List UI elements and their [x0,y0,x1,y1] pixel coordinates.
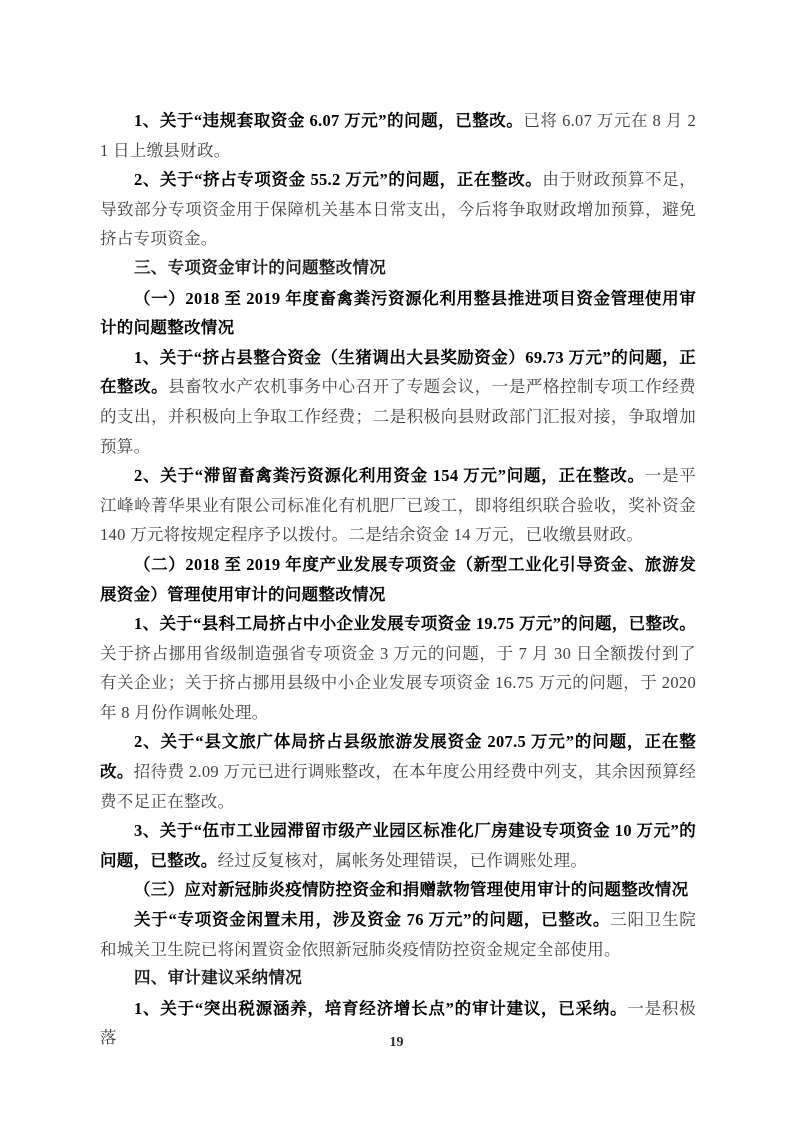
paragraph-text: 2、关于“挤占专项资金 55.2 万元”的问题，正在整改。 [134,170,542,189]
paragraph: 2、关于“县文旅广体局挤占县级旅游发展资金 207.5 万元”的问题，正在整改。… [100,727,696,816]
paragraph: 2、关于“滞留畜禽粪污资源化利用资金 154 万元”问题，正在整改。一是平江峰岭… [100,461,696,550]
paragraph: 2、关于“挤占专项资金 55.2 万元”的问题，正在整改。由于财政预算不足，导致… [100,165,696,254]
paragraph: 1、关于“违规套取资金 6.07 万元”的问题，已整改。已将 6.07 万元在 … [100,106,696,165]
paragraph: 关于“专项资金闲置未用，涉及资金 76 万元”的问题，已整改。三阳卫生院和城关卫… [100,905,696,964]
paragraph-text: 2、关于“滞留畜禽粪污资源化利用资金 154 万元”问题，正在整改。 [134,466,645,485]
page-number: 19 [390,1035,404,1050]
paragraph-text: 1、关于“违规套取资金 6.07 万元”的问题，已整改。 [134,111,523,130]
paragraph-text: （一）2018 至 2019 年度畜禽粪污资源化利用整县推进项目资金管理使用审计… [100,289,696,338]
paragraph: 3、关于“伍市工业园滞留市级产业园区标准化厂房建设专项资金 10 万元”的问题，… [100,816,696,875]
paragraph-text: 关于挤占挪用省级制造强省专项资金 3 万元的问题，于 7 月 30 日全额拨付到… [100,644,696,722]
paragraph-text: （三）应对新冠肺炎疫情防控资金和捐赠款物管理使用审计的问题整改情况 [134,880,688,899]
document-page: 1、关于“违规套取资金 6.07 万元”的问题，已整改。已将 6.07 万元在 … [0,0,793,1122]
paragraph: 1、关于“县科工局挤占中小企业发展专项资金 19.75 万元”的问题，已整改。关… [100,609,696,727]
paragraph-text: 关于“专项资金闲置未用，涉及资金 76 万元”的问题，已整改。 [134,910,610,929]
paragraph-text: 1、关于“县科工局挤占中小企业发展专项资金 19.75 万元”的问题，已整改。 [134,614,696,633]
document-content: 1、关于“违规套取资金 6.07 万元”的问题，已整改。已将 6.07 万元在 … [100,106,696,1053]
sub-heading: （二）2018 至 2019 年度产业发展专项资金（新型工业化引导资金、旅游发展… [100,550,696,609]
paragraph-text: （二）2018 至 2019 年度产业发展专项资金（新型工业化引导资金、旅游发展… [100,555,696,604]
section-heading: 四、审计建议采纳情况 [100,964,696,994]
paragraph: 1、关于“挤占县整合资金（生猪调出大县奖励资金）69.73 万元”的问题，正在整… [100,343,696,461]
sub-heading: （三）应对新冠肺炎疫情防控资金和捐赠款物管理使用审计的问题整改情况 [100,875,696,905]
page-footer: 19 [0,1033,793,1051]
paragraph-text: 四、审计建议采纳情况 [134,969,302,987]
paragraph-text: 招待费 2.09 万元已进行调账整改，在本年度公用经费中列支，其余因预算经费不足… [100,762,696,811]
paragraph-text: 县畜牧水产农机事务中心召开了专题会议，一是严格控制专项工作经费的支出，并积极向上… [100,377,696,455]
paragraph-text: 经过反复核对，属帐务处理错误，已作调账处理。 [218,851,588,870]
section-heading: 三、专项资金审计的问题整改情况 [100,254,696,284]
paragraph-text: 1、关于“突出税源涵养，培育经济增长点”的审计建议，已采纳。 [134,999,627,1018]
paragraph-text: 三、专项资金审计的问题整改情况 [134,259,386,277]
sub-heading: （一）2018 至 2019 年度畜禽粪污资源化利用整县推进项目资金管理使用审计… [100,284,696,343]
